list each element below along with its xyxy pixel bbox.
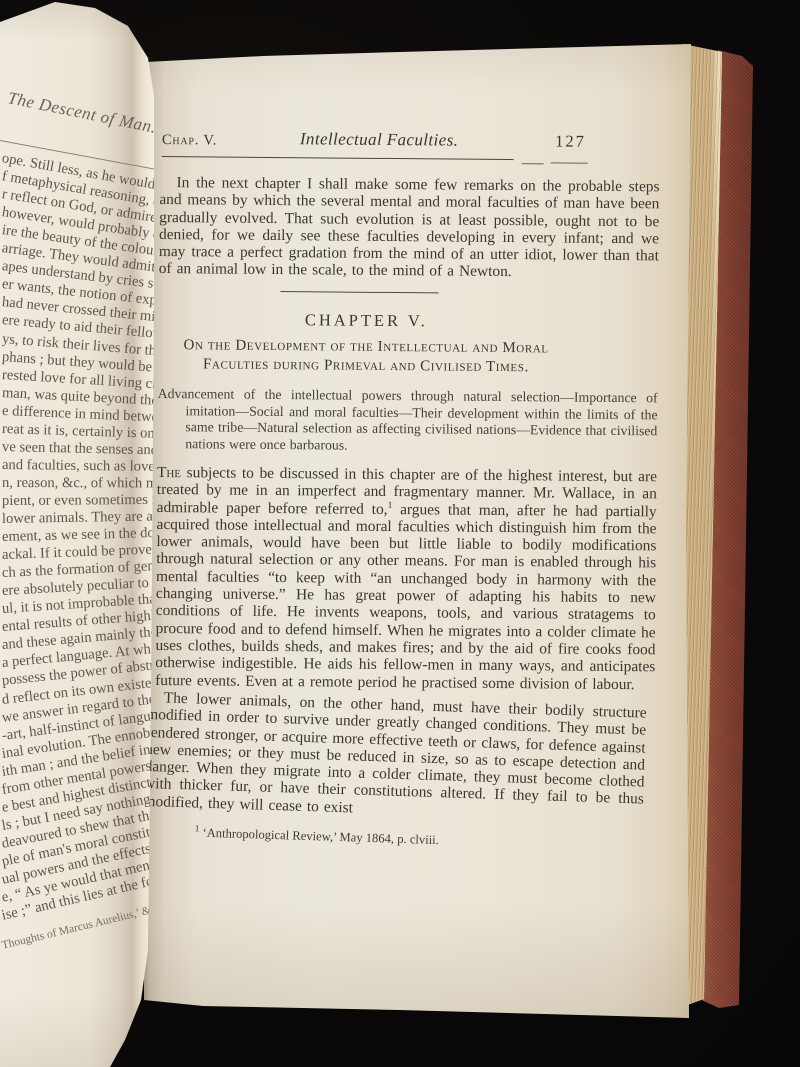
paragraph-text: argues that man, after he had partially … xyxy=(155,501,657,693)
right-page-content: Chap. V. Intellectual Faculties. 127 In … xyxy=(154,128,660,843)
header-rule-dash xyxy=(522,163,544,164)
left-page-lines: ope. Still less, as he would admf metaph… xyxy=(0,0,154,1067)
footnote: 1 ‘Anthropological Review,’ May 1864, p.… xyxy=(194,825,642,854)
page-number: 127 xyxy=(555,131,586,151)
running-title: Intellectual Faculties. xyxy=(300,129,459,150)
photo-backdrop: { "colors": { "background": "#0b0909", "… xyxy=(0,0,800,1067)
chapter-label: Chap. V. xyxy=(162,132,217,149)
lead-word: The xyxy=(157,464,181,481)
intro-paragraph: In the next chapter I shall make some fe… xyxy=(159,174,660,282)
section-divider xyxy=(281,291,439,293)
header-rule xyxy=(162,156,514,160)
header-rule-dash xyxy=(551,162,588,163)
chapter-subtitle-line-2: Faculties during Primeval and Civilised … xyxy=(158,355,574,378)
chapter-heading: CHAPTER V. xyxy=(158,309,574,333)
right-page: Chap. V. Intellectual Faculties. 127 In … xyxy=(143,44,692,1020)
body-paragraph-2: The lower animals, on the other hand, mu… xyxy=(143,689,647,826)
chapter-argument: Advancement of the intellectual powers t… xyxy=(157,386,658,458)
left-page: The Descent of Man. ope. Still less, as … xyxy=(0,0,154,1067)
lower-text-block: The lower animals, on the other hand, mu… xyxy=(142,689,654,855)
footnote-text: ‘Anthropological Review,’ May 1864, p. c… xyxy=(199,826,439,848)
body-paragraph-1: The subjects to be discussed in this cha… xyxy=(155,464,657,693)
